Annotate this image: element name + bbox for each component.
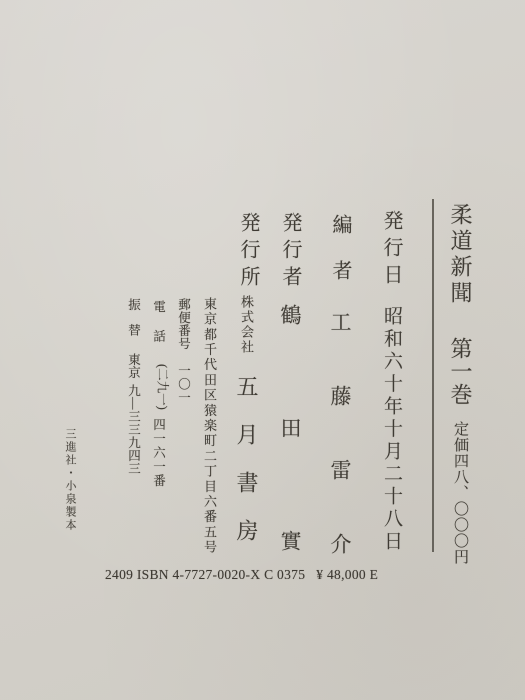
address-column: 東京都千代田区猿楽町二丁目六番五号 bbox=[203, 297, 216, 555]
publisher-label: 発行者 bbox=[280, 212, 300, 293]
book-title: 柔道新聞 bbox=[449, 203, 471, 307]
transfer-label: 振替 bbox=[127, 298, 140, 349]
phone-exchange: (二九一) bbox=[156, 364, 169, 410]
editor-name: 工藤雷介 bbox=[329, 311, 350, 607]
company-prefix: 株式会社 bbox=[240, 295, 253, 355]
postal-code-value: 一〇一 bbox=[177, 364, 190, 405]
company-name: 五月書房 bbox=[235, 375, 257, 567]
publication-date-value: 昭和六十年十月二十八日 bbox=[382, 306, 401, 554]
phone-number: 四一六一番 bbox=[152, 418, 165, 488]
transfer-city: 東京 bbox=[127, 353, 140, 379]
publication-date-label: 発行日 bbox=[381, 210, 401, 291]
editor-label: 編者 bbox=[330, 214, 350, 306]
transfer-account-number: 九―三三九四三 bbox=[127, 384, 140, 475]
phone-column: 電話 (二九一) 四一六一番 bbox=[152, 300, 169, 488]
transfer-column: 振替 東京 九―三三九四三 bbox=[127, 298, 140, 475]
editor-column: 編者 工藤雷介 bbox=[329, 214, 350, 607]
publisher-name: 鶴田實 bbox=[279, 304, 300, 643]
volume-label: 第一巻 bbox=[449, 337, 471, 406]
phone-label: 電話 bbox=[152, 300, 165, 359]
publication-date-column: 発行日 昭和六十年十月二十八日 bbox=[381, 210, 401, 554]
publishing-house-label-column: 発行所 bbox=[238, 212, 258, 293]
printer-credit-column: 三進社・小泉製本 bbox=[64, 428, 75, 532]
company-column: 株式会社 五月書房 bbox=[235, 295, 257, 567]
price-label: 定価四八、〇〇〇円 bbox=[452, 421, 467, 565]
company-address: 東京都千代田区猿楽町二丁目六番五号 bbox=[203, 297, 216, 555]
publishing-house-label: 発行所 bbox=[238, 212, 258, 293]
isbn-line: 2409 ISBN 4-7727-0020-X C 0375 ¥ 48,000 … bbox=[105, 567, 378, 583]
vertical-rule bbox=[432, 199, 434, 552]
title-column: 柔道新聞 第一巻 定価四八、〇〇〇円 bbox=[449, 203, 471, 565]
printer-credit: 三進社・小泉製本 bbox=[64, 428, 75, 532]
postal-code-label: 郵便番号 bbox=[177, 298, 190, 350]
colophon-page: 柔道新聞 第一巻 定価四八、〇〇〇円 発行日 昭和六十年十月二十八日 編者 工藤… bbox=[0, 0, 525, 700]
postal-column: 郵便番号 一〇一 bbox=[177, 298, 190, 405]
